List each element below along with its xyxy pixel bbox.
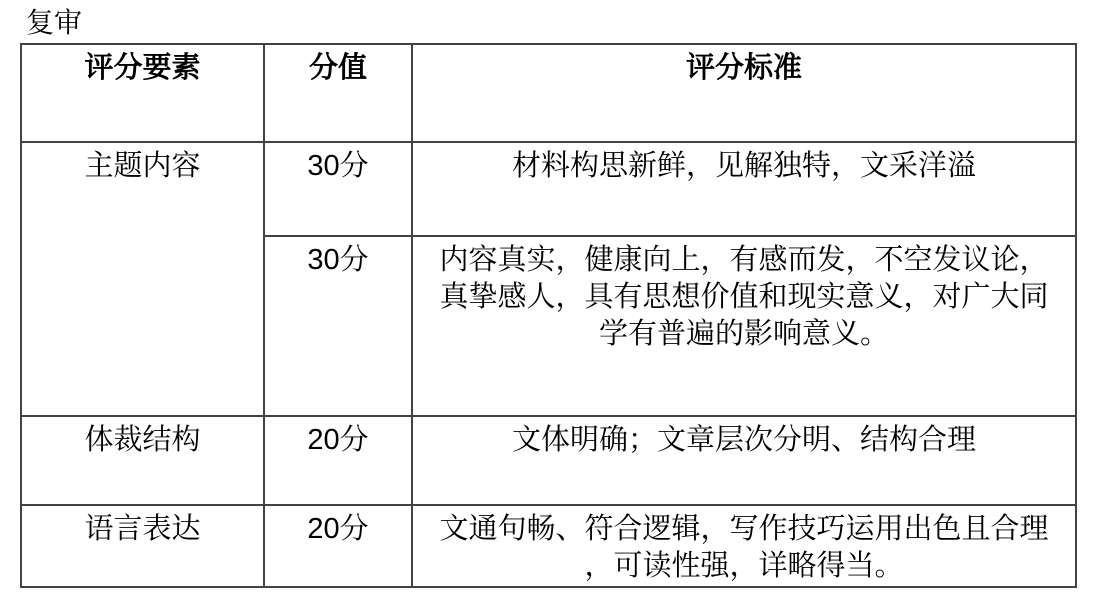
column-header-scoring-element: 评分要素 bbox=[21, 44, 264, 142]
cell-element-language-expression: 语言表达 bbox=[21, 505, 264, 587]
scoring-rubric-table: 评分要素 分值 评分标准 主题内容 30分 材料构思新鲜，见解独特，文采洋溢 3… bbox=[20, 43, 1077, 588]
table-header-row: 评分要素 分值 评分标准 bbox=[21, 44, 1076, 142]
cell-criteria-material-idea: 材料构思新鲜，见解独特，文采洋溢 bbox=[412, 142, 1076, 236]
table-row-theme-content-1: 主题内容 30分 材料构思新鲜，见解独特，文采洋溢 bbox=[21, 142, 1076, 236]
cell-element-genre-structure: 体裁结构 bbox=[21, 416, 264, 505]
cell-criteria-authentic-content: 内容真实，健康向上，有感而发，不空发议论， 真挚感人，具有思想价值和现实意义，对… bbox=[412, 236, 1076, 416]
table-row-language-expression: 语言表达 20分 文通句畅、符合逻辑，写作技巧运用出色且合理 ，可读性强，详略得… bbox=[21, 505, 1076, 587]
cell-score-30-b: 30分 bbox=[264, 236, 412, 416]
cell-score-20-b: 20分 bbox=[264, 505, 412, 587]
section-title: 复审 bbox=[26, 6, 1100, 39]
cell-criteria-fluent-writing: 文通句畅、符合逻辑，写作技巧运用出色且合理 ，可读性强，详略得当。 bbox=[412, 505, 1076, 587]
column-header-score-value: 分值 bbox=[264, 44, 412, 142]
table-row-genre-structure: 体裁结构 20分 文体明确；文章层次分明、结构合理 bbox=[21, 416, 1076, 505]
column-header-scoring-criteria: 评分标准 bbox=[412, 44, 1076, 142]
cell-element-theme-content: 主题内容 bbox=[21, 142, 264, 416]
cell-score-20-a: 20分 bbox=[264, 416, 412, 505]
cell-score-30-a: 30分 bbox=[264, 142, 412, 236]
cell-criteria-clear-style: 文体明确；文章层次分明、结构合理 bbox=[412, 416, 1076, 505]
document-page: 复审 评分要素 分值 评分标准 主题内容 30分 材料构思新鲜，见解独特，文采洋… bbox=[0, 6, 1100, 588]
